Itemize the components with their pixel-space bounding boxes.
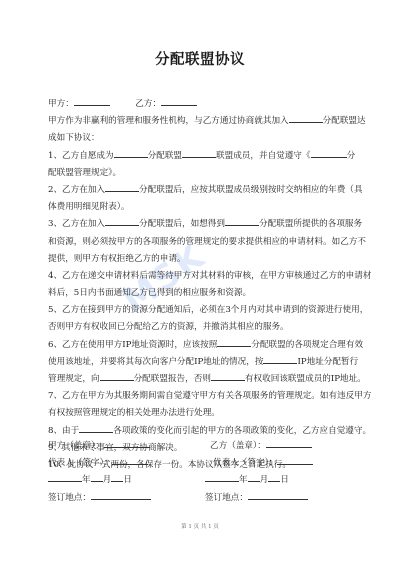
blank-field [225, 216, 259, 226]
label: 乙方（盖章）： [210, 441, 266, 451]
party-b-rep-line: 代表人（签字）： [205, 455, 313, 472]
text: 甲方作为非赢利的管理和服务性机构，与乙方通过协商就其加入 [48, 116, 289, 126]
label: 日 [123, 475, 132, 485]
blank-field [263, 354, 297, 364]
label: 年 [82, 475, 91, 485]
blank-field [111, 472, 123, 482]
text: 分配联盟 [148, 151, 182, 161]
blank-field [112, 455, 148, 465]
text: 4、乙方在递交申请材料后需等待甲方对其材料的审核，在甲方审核通过乙方的申请材 [48, 271, 371, 281]
text: 否则甲方有权收回已分配给乙方的资源，并撤消其相应的服务。 [48, 322, 289, 332]
document-title: 分配联盟协议 [0, 48, 400, 69]
clause-3: 3、乙方在加入分配联盟后，如想得到分配联盟所提供的各项服务 [48, 216, 354, 233]
blank-field [91, 490, 151, 500]
clause-4: 4、乙方在递交申请材料后需等待甲方对其材料的审核，在甲方审核通过乙方的申请材 [48, 268, 354, 285]
clause-5: 5、乙方在接到甲方的资源分配通知后，必须在3个月内对其申请到的资源进行使用， [48, 302, 354, 319]
party-a-label: 甲方： [48, 99, 74, 109]
party-a-date-line: 年月日 [48, 472, 151, 489]
text: 1、乙方自愿成为 [48, 151, 114, 161]
blank-field [100, 371, 134, 381]
text: 5、乙方在接到甲方的资源分配通知后，必须在3个月内对其申请到的资源进行使用， [48, 305, 368, 315]
text: 管理规定，向 [48, 374, 100, 384]
text: 体费用明细见附表）。 [48, 202, 130, 212]
blank-field [289, 113, 323, 123]
party-a-signature: 甲方（盖章）： 代表人（签字）： 年月日 签订地点： [48, 438, 151, 507]
label: 签订地点： [48, 493, 91, 503]
blank-field [268, 472, 280, 482]
blank-field [248, 472, 260, 482]
document-body: 甲方： 乙方： 甲方作为非赢利的管理和服务性机构，与乙方通过协商就其加入分配联盟… [48, 96, 354, 474]
intro-line: 甲方作为非赢利的管理和服务性机构，与乙方通过协商就其加入分配联盟达 [48, 113, 354, 130]
text: 7、乙方在甲方为其服务期间需自觉遵守甲方有关各项服务的管理规定。如有违反甲方 [48, 391, 371, 401]
text: 使用该地址，并要将其每次向客户分配IP地址的情况，按 [48, 357, 263, 367]
clause-4-cont: 料后，5日内书面通知乙方已得到的相应服务和资源。 [48, 285, 354, 302]
clause-2: 2、乙方在加入分配联盟后，应按其联盟成员级别按时交纳相应的年费（具 [48, 182, 354, 199]
blank-field [311, 148, 347, 158]
blank-field [79, 423, 113, 433]
clause-6-cont: 使用该地址，并要将其每次向客户分配IP地址的情况，按IP地址分配暂行 [48, 354, 354, 371]
text: 料后，5日内书面通知乙方已得到的相应服务和资源。 [48, 288, 251, 298]
text: 分配联盟达 [323, 116, 366, 126]
blank-field [105, 182, 139, 192]
clause-2-cont: 体费用明细见附表）。 [48, 199, 354, 216]
label: 月 [103, 475, 112, 485]
text: 分配联盟后，如想得到 [139, 219, 225, 229]
text: 分配联盟后，应按其联盟成员级别按时交纳相应的年费（具 [139, 185, 362, 195]
text: 有权按照管理规定的相关处理办法进行处理。 [48, 408, 220, 418]
party-b-seal-line: 乙方（盖章）： [205, 438, 313, 455]
text: 2、乙方在加入 [48, 185, 105, 195]
blank-field [105, 216, 139, 226]
label: 甲方（盖章）： [48, 441, 104, 451]
text: 分配联盟所提供的各项服务 [259, 219, 362, 229]
clause-7: 7、乙方在甲方为其服务期间需自觉遵守甲方有关各项服务的管理规定。如有违反甲方 [48, 388, 354, 405]
blank-field [74, 96, 110, 106]
label: 代表人（签字）： [48, 458, 112, 468]
clause-7-cont: 有权按照管理规定的相关处理办法进行处理。 [48, 405, 354, 422]
blank-field [161, 96, 197, 106]
text: 配联盟管理规定》。 [48, 168, 121, 178]
blank-field [211, 371, 245, 381]
blank-field [217, 337, 251, 347]
text: 和资源，则必须按甲方的各项服务的管理规定的要求提供相应的申请材料。如乙方不 [48, 237, 366, 247]
label: 月 [260, 475, 269, 485]
party-a-rep-line: 代表人（签字）： [48, 455, 151, 472]
text: IP地址分配暂行 [297, 357, 358, 367]
text: 8、由于 [48, 426, 79, 436]
clause-5-cont: 否则甲方有权收回已分配给乙方的资源，并撤消其相应的服务。 [48, 319, 354, 336]
blank-field [114, 148, 148, 158]
intro-line: 成如下协议： [48, 130, 354, 147]
label: 签订地点： [205, 493, 248, 503]
text: 6、乙方在使用甲方IP地址资源时，应该按照 [48, 340, 217, 350]
party-b-signature: 乙方（盖章）： 代表人（签字）： 年月日 签订地点： [205, 438, 313, 507]
party-b-place-line: 签订地点： [205, 490, 313, 507]
label: 代表人（签字）： [213, 458, 277, 468]
party-a-seal-line: 甲方（盖章）： [48, 438, 151, 455]
text: 分配联盟报告，否则 [134, 374, 211, 384]
blank-field [277, 455, 313, 465]
label: 年 [239, 475, 248, 485]
text: 3、乙方在加入 [48, 219, 105, 229]
clause-6: 6、乙方在使用甲方IP地址资源时，应该按照分配联盟的各项规定合理有效 [48, 337, 354, 354]
party-a-place-line: 签订地点： [48, 490, 151, 507]
clause-1-cont: 配联盟管理规定》。 [48, 165, 354, 182]
text: 联盟成员，并自觉遵守《 [216, 151, 311, 161]
text: 有权收回该联盟成员的IP地址。 [245, 374, 366, 384]
party-b-date-line: 年月日 [205, 472, 313, 489]
blank-field [104, 438, 150, 448]
text: 各项政策的变化而引起的甲方的各项政策的变化，乙方应自觉遵守。 [113, 426, 371, 436]
text: 成如下协议： [48, 133, 100, 143]
party-b-label: 乙方： [135, 99, 161, 109]
clause-1: 1、乙方自愿成为分配联盟联盟成员，并自觉遵守《分 [48, 148, 354, 165]
page-footer: 第 1 页 共 1 页 [0, 522, 400, 530]
blank-field [182, 148, 216, 158]
text: 分配联盟的各项规定合理有效 [251, 340, 363, 350]
blank-field [48, 472, 82, 482]
blank-field [205, 472, 239, 482]
label: 日 [280, 475, 289, 485]
text: 分 [347, 151, 356, 161]
blank-field [266, 438, 312, 448]
blank-field [248, 490, 308, 500]
clause-3-cont: 提供，则甲方有权拒绝乙方的申请。 [48, 251, 354, 268]
document-page: MSK 分配联盟协议 甲方： 乙方： 甲方作为非赢利的管理和服务性机构，与乙方通… [0, 0, 400, 565]
clause-6-cont: 管理规定，向分配联盟报告，否则有权收回该联盟成员的IP地址。 [48, 371, 354, 388]
parties-line: 甲方： 乙方： [48, 96, 354, 113]
blank-field [91, 472, 103, 482]
clause-3-cont: 和资源，则必须按甲方的各项服务的管理规定的要求提供相应的申请材料。如乙方不 [48, 234, 354, 251]
text: 提供，则甲方有权拒绝乙方的申请。 [48, 254, 186, 264]
